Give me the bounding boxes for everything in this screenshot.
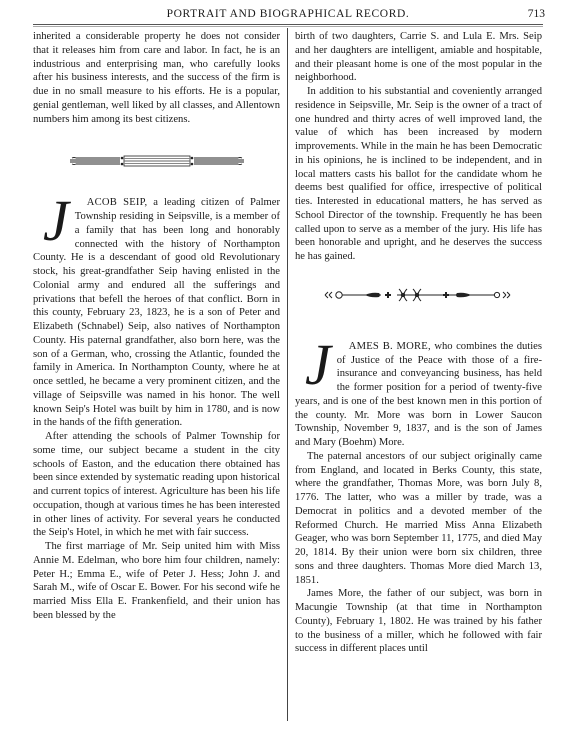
- subject-name: ACOB SEIP,: [87, 197, 148, 208]
- subject-name: AMES B. MORE,: [349, 341, 431, 352]
- section-ornament-right: [295, 264, 542, 326]
- bio-paragraph: The paternal ancestors of our subject or…: [295, 450, 542, 588]
- running-title: PORTRAIT AND BIOGRAPHICAL RECORD.: [33, 8, 543, 20]
- bio-paragraph: After attending the schools of Palmer To…: [33, 430, 280, 540]
- double-line-rule-ornament-icon: [68, 154, 246, 168]
- right-column: birth of two daughters, Carrie S. and Lu…: [295, 30, 542, 656]
- bio-paragraph: In addition to his substantial and coven…: [295, 85, 542, 264]
- left-column: inherited a considerable property he doe…: [33, 30, 280, 623]
- scrollwork-rule-ornament-icon: [321, 287, 517, 303]
- bio-jacob-seip-intro: JACOB SEIP, a leading citizen of Palmer …: [33, 196, 280, 430]
- spacer: [295, 326, 542, 340]
- drop-cap: J: [293, 342, 331, 394]
- header-rule-thin: [33, 26, 543, 27]
- bio-paragraph: James More, the father of our subject, w…: [295, 587, 542, 656]
- bio-james-more-intro: JAMES B. MORE, who combines the duties o…: [295, 340, 542, 450]
- bio-opening-text: who combines the duties of Justice of th…: [295, 341, 542, 448]
- header-rule: [33, 24, 543, 25]
- continued-paragraph: birth of two daughters, Carrie S. and Lu…: [295, 30, 542, 85]
- column-divider: [287, 28, 288, 721]
- page-number: 713: [528, 8, 545, 20]
- continued-paragraph: inherited a considerable property he doe…: [33, 30, 280, 126]
- bio-opening-text: a leading citizen of Palmer Township res…: [33, 197, 280, 428]
- drop-cap: J: [31, 198, 69, 250]
- section-ornament-left: [33, 126, 280, 196]
- bio-paragraph: The first marriage of Mr. Seip united hi…: [33, 540, 280, 623]
